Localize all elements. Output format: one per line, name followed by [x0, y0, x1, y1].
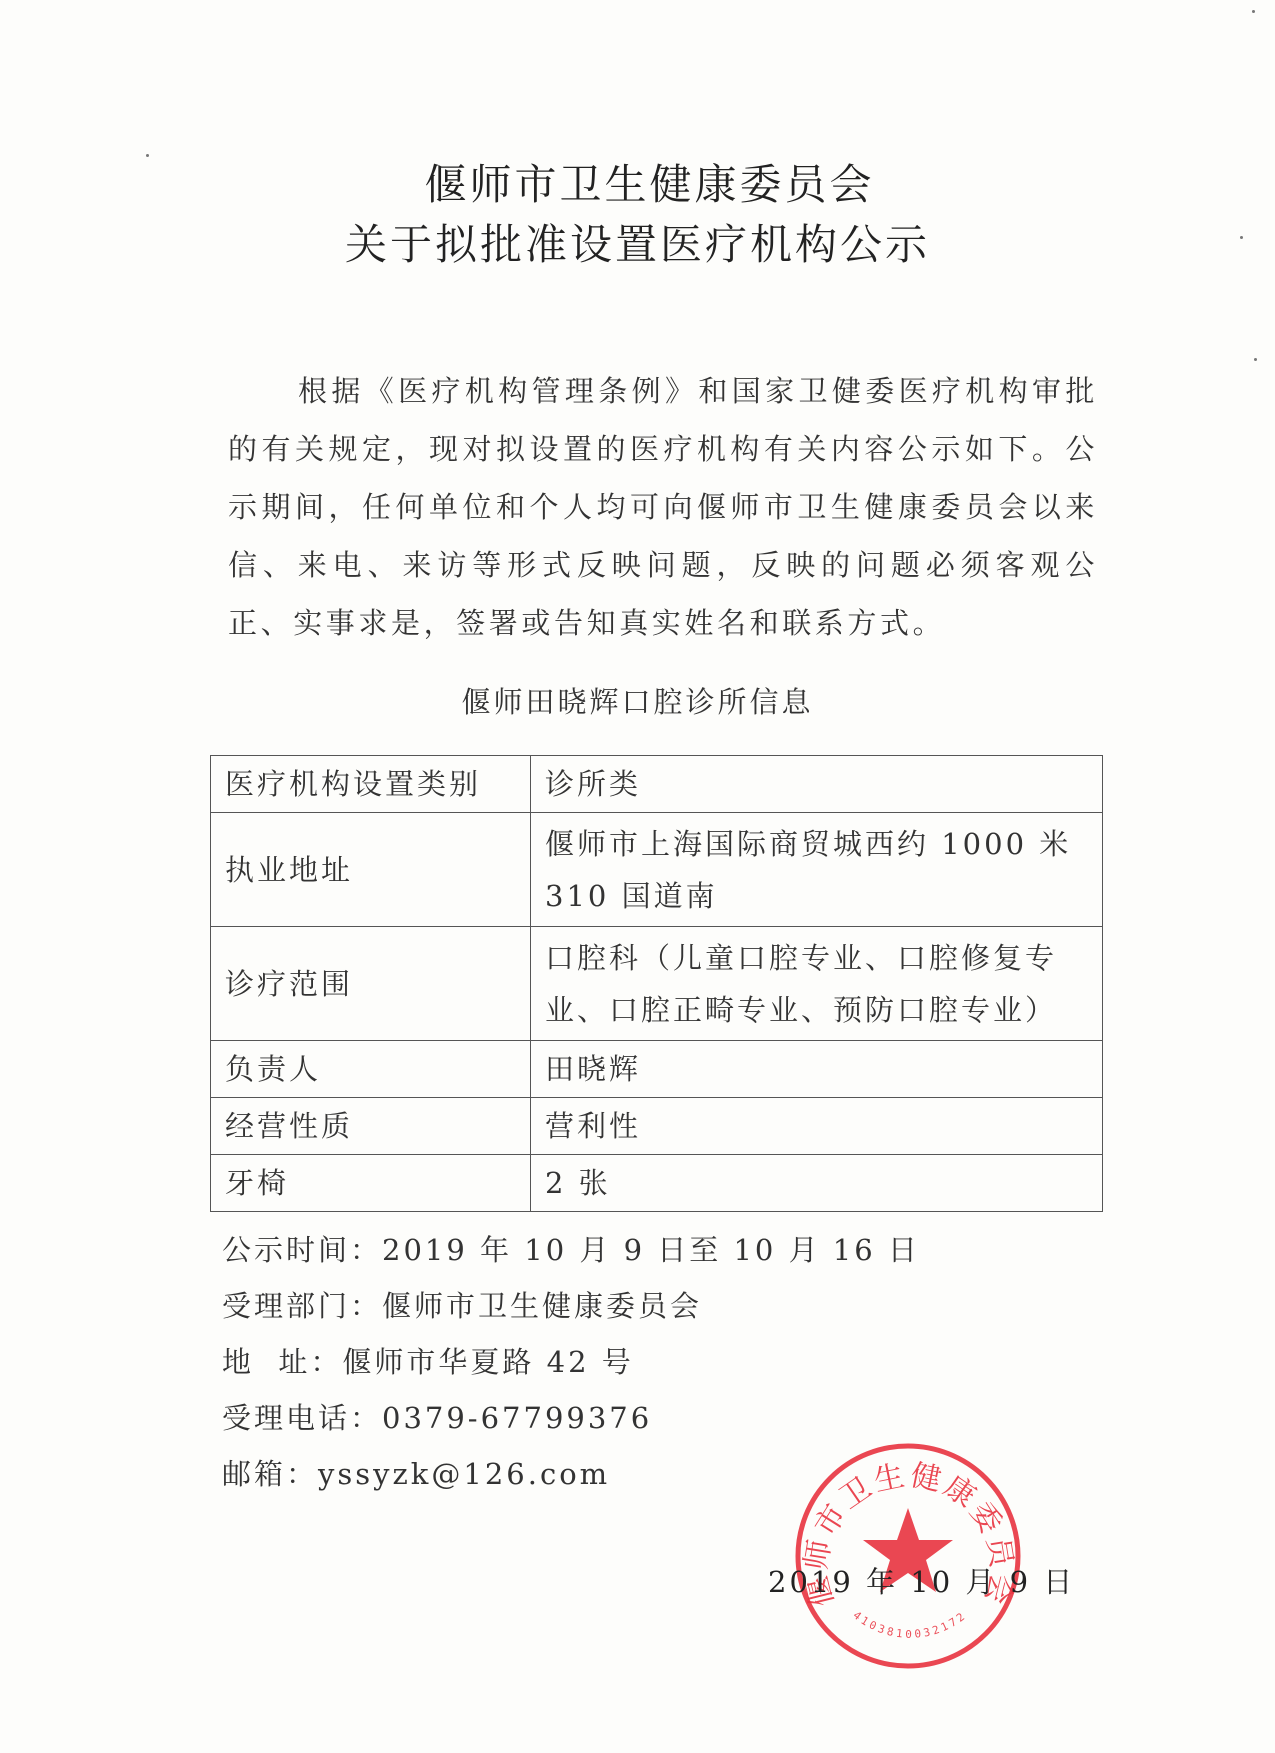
official-seal-stamp: 偃师市卫生健康委员会 4103810032172 — [792, 1440, 1024, 1672]
table-row: 牙椅 2 张 — [211, 1155, 1103, 1212]
table-row: 负责人 田晓辉 — [211, 1041, 1103, 1098]
signature-date: 2019 年 10 月 9 日 — [768, 1560, 1075, 1601]
row-value: 偃师市上海国际商贸城西约 1000 米 310 国道南 — [531, 813, 1103, 927]
scan-speck — [1254, 358, 1257, 361]
value-line: 偃师市上海国际商贸城西约 1000 米 — [545, 818, 1102, 870]
value-line: 310 国道南 — [545, 870, 1102, 922]
table-row: 执业地址 偃师市上海国际商贸城西约 1000 米 310 国道南 — [211, 813, 1103, 927]
value-line: 诊所类 — [545, 758, 1102, 810]
body-paragraph: 根据《医疗机构管理条例》和国家卫健委医疗机构审批的有关规定，现对拟设置的医疗机构… — [228, 362, 1098, 652]
handling-department: 受理部门：偃师市卫生健康委员会 — [222, 1284, 702, 1325]
table-row: 诊疗范围 口腔科（儿童口腔专业、口腔修复专 业、口腔正畸专业、预防口腔专业） — [211, 927, 1103, 1041]
row-value: 诊所类 — [531, 756, 1103, 813]
row-value: 口腔科（儿童口腔专业、口腔修复专 业、口腔正畸专业、预防口腔专业） — [531, 927, 1103, 1041]
value-line: 田晓辉 — [545, 1043, 1102, 1095]
row-value: 田晓辉 — [531, 1041, 1103, 1098]
contact-phone: 受理电话：0379-67799376 — [222, 1396, 652, 1437]
value-line: 口腔科（儿童口腔专业、口腔修复专 — [545, 932, 1102, 984]
value-line: 业、口腔正畸专业、预防口腔专业） — [545, 984, 1102, 1036]
office-address: 地 址：偃师市华夏路 42 号 — [222, 1340, 634, 1381]
row-label: 负责人 — [211, 1041, 531, 1098]
document-title-line2: 关于拟批准设置医疗机构公示 — [0, 212, 1275, 272]
scan-speck — [1240, 236, 1243, 239]
row-value: 营利性 — [531, 1098, 1103, 1155]
publicity-period: 公示时间：2019 年 10 月 9 日至 10 月 16 日 — [222, 1228, 920, 1269]
value-line: 2 张 — [545, 1157, 1102, 1209]
document-title-line1: 偃师市卫生健康委员会 — [12, 152, 1275, 212]
row-value: 2 张 — [531, 1155, 1103, 1212]
clinic-info-table: 医疗机构设置类别 诊所类 执业地址 偃师市上海国际商贸城西约 1000 米 31… — [210, 755, 1103, 1212]
table-title: 偃师田晓辉口腔诊所信息 — [0, 680, 1275, 721]
svg-text:4103810032172: 4103810032172 — [851, 1609, 970, 1641]
row-label: 诊疗范围 — [211, 927, 531, 1041]
row-label: 执业地址 — [211, 813, 531, 927]
contact-email: 邮箱：yssyzk@126.com — [222, 1452, 610, 1493]
scan-speck — [146, 154, 149, 157]
row-label: 经营性质 — [211, 1098, 531, 1155]
scan-speck — [1252, 10, 1255, 13]
value-line: 营利性 — [545, 1100, 1102, 1152]
row-label: 医疗机构设置类别 — [211, 756, 531, 813]
table-row: 医疗机构设置类别 诊所类 — [211, 756, 1103, 813]
table-row: 经营性质 营利性 — [211, 1098, 1103, 1155]
row-label: 牙椅 — [211, 1155, 531, 1212]
